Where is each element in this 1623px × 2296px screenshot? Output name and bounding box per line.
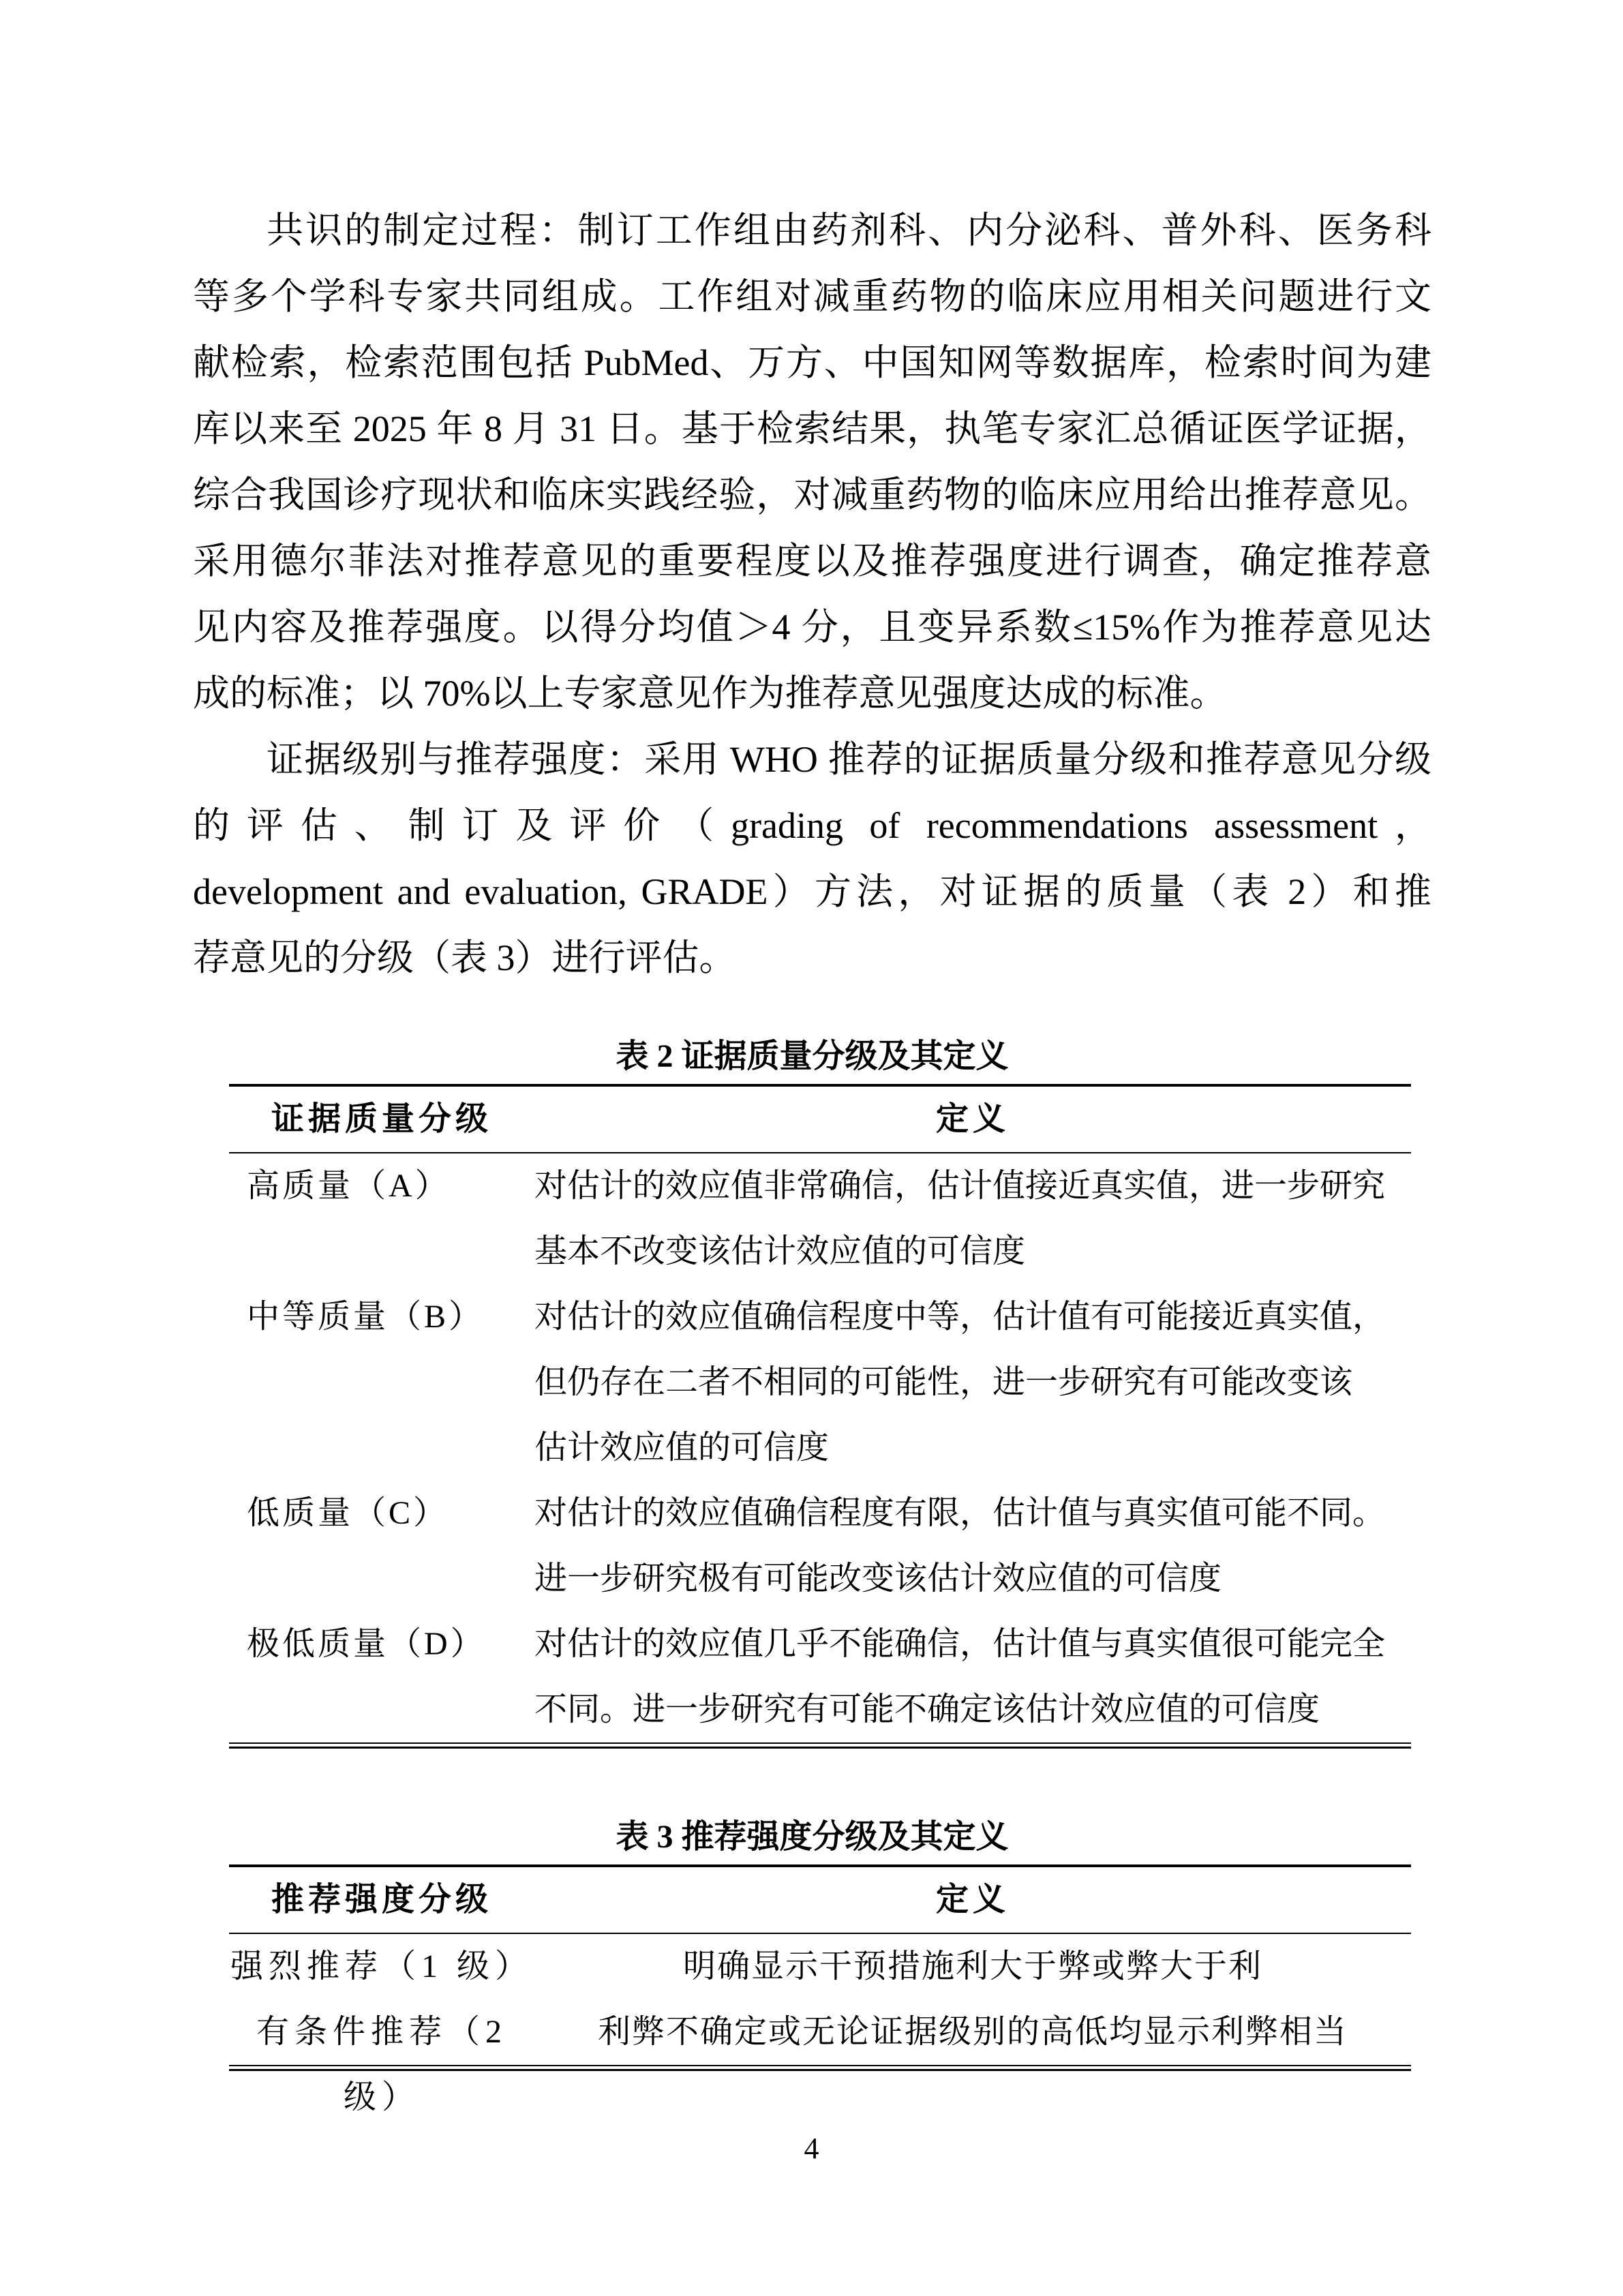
p2-line-4: 荐意见的分级（表 3）进行评估。	[193, 925, 1431, 991]
paragraph-2: 证据级别与推荐强度：采用 WHO 推荐的证据质量分级和推荐意见分级 的评估、制订…	[193, 727, 1431, 991]
p2-line-1: 证据级别与推荐强度：采用 WHO 推荐的证据质量分级和推荐意见分级	[193, 727, 1431, 793]
table2-bottom-rule	[229, 1742, 1411, 1749]
definition-line: 基本不改变该估计效应值的可信度	[534, 1219, 1411, 1284]
definition-line: 但仍存在二者不相同的可能性，进一步研究有可能改变该	[534, 1350, 1411, 1415]
table3-header-row: 推荐强度分级 定义	[229, 1867, 1411, 1934]
p2-line-2: 的评估、制订及评价（grading of recommendations ass…	[193, 793, 1431, 859]
table3-header-definition: 定义	[534, 1867, 1411, 1933]
table2-row-low-quality: 低质量（C） 对估计的效应值确信程度有限，估计值与真实值可能不同。 进一步研究极…	[229, 1481, 1411, 1612]
p1-line-5: 综合我国诊疗现状和临床实践经验，对减重药物的临床应用给出推荐意见。	[193, 462, 1431, 528]
table3-title: 表 3 推荐强度分级及其定义	[193, 1810, 1431, 1864]
table2-row-definition: 对估计的效应值非常确信，估计值接近真实值，进一步研究 基本不改变该估计效应值的可…	[534, 1153, 1411, 1284]
definition-line: 对估计的效应值确信程度中等，估计值有可能接近真实值，	[534, 1284, 1411, 1350]
p1-line-7: 见内容及推荐强度。以得分均值＞4 分，且变异系数≤15%作为推荐意见达	[193, 594, 1431, 661]
table2-header-row: 证据质量分级 定义	[229, 1087, 1411, 1153]
definition-line: 不同。进一步研究有可能不确定该估计效应值的可信度	[534, 1677, 1411, 1742]
document-page: 共识的制定过程：制订工作组由药剂科、内分泌科、普外科、医务科 等多个学科专家共同…	[0, 0, 1623, 2296]
p1-line-8: 成的标准；以 70%以上专家意见作为推荐意见强度达成的标准。	[193, 661, 1431, 727]
table2-row-definition: 对估计的效应值确信程度有限，估计值与真实值可能不同。 进一步研究极有可能改变该估…	[534, 1481, 1411, 1612]
table3-row-definition: 利弊不确定或无论证据级别的高低均显示利弊相当	[534, 1999, 1411, 2065]
table2-row-definition: 对估计的效应值几乎不能确信，估计值与真实值很可能完全 不同。进一步研究有可能不确…	[534, 1612, 1411, 1742]
table2-row-high-quality: 高质量（A） 对估计的效应值非常确信，估计值接近真实值，进一步研究 基本不改变该…	[229, 1153, 1411, 1284]
p1-line-6: 采用德尔菲法对推荐意见的重要程度以及推荐强度进行调查，确定推荐意	[193, 528, 1431, 594]
table2-row-grade: 中等质量（B）	[229, 1284, 534, 1481]
p1-line-2: 等多个学科专家共同组成。工作组对减重药物的临床应用相关问题进行文	[193, 264, 1431, 330]
table2-row-definition: 对估计的效应值确信程度中等，估计值有可能接近真实值， 但仍存在二者不相同的可能性…	[534, 1284, 1411, 1481]
table2-row-grade: 高质量（A）	[229, 1153, 534, 1284]
p1-line-3: 献检索，检索范围包括 PubMed、万方、中国知网等数据库，检索时间为建	[193, 330, 1431, 396]
p2-line-3: development and evaluation, GRADE）方法，对证据…	[193, 859, 1431, 925]
paragraph-1: 共识的制定过程：制订工作组由药剂科、内分泌科、普外科、医务科 等多个学科专家共同…	[193, 198, 1431, 727]
p1-line-4: 库以来至 2025 年 8 月 31 日。基于检索结果，执笔专家汇总循证医学证据…	[193, 396, 1431, 462]
table2-row-grade: 低质量（C）	[229, 1481, 534, 1612]
p1-line-1: 共识的制定过程：制订工作组由药剂科、内分泌科、普外科、医务科	[193, 198, 1431, 264]
table3-row-grade: 强烈推荐（1 级）	[229, 1934, 534, 1999]
table2: 证据质量分级 定义 高质量（A） 对估计的效应值非常确信，估计值接近真实值，进一…	[229, 1084, 1411, 1749]
table2-header-definition: 定义	[534, 1087, 1411, 1152]
table2-header-grade: 证据质量分级	[229, 1087, 534, 1152]
definition-line: 对估计的效应值非常确信，估计值接近真实值，进一步研究	[534, 1153, 1411, 1219]
definition-line: 对估计的效应值几乎不能确信，估计值与真实值很可能完全	[534, 1612, 1411, 1677]
page-number: 4	[0, 2128, 1623, 2169]
table2-row-very-low-quality: 极低质量（D） 对估计的效应值几乎不能确信，估计值与真实值很可能完全 不同。进一…	[229, 1612, 1411, 1742]
definition-line: 估计效应值的可信度	[534, 1415, 1411, 1481]
table2-title: 表 2 证据质量分级及其定义	[193, 1029, 1431, 1084]
table3-row-conditional: 有条件推荐（2 级） 利弊不确定或无论证据级别的高低均显示利弊相当	[229, 1999, 1411, 2065]
document-content: 共识的制定过程：制订工作组由药剂科、内分泌科、普外科、医务科 等多个学科专家共同…	[193, 198, 1431, 2071]
definition-line: 进一步研究极有可能改变该估计效应值的可信度	[534, 1546, 1411, 1612]
table3: 推荐强度分级 定义 强烈推荐（1 级） 明确显示干预措施利大于弊或弊大于利 有条…	[229, 1864, 1411, 2071]
table3-row-grade: 有条件推荐（2 级）	[229, 1999, 534, 2065]
definition-line: 对估计的效应值确信程度有限，估计值与真实值可能不同。	[534, 1481, 1411, 1546]
table3-row-definition: 明确显示干预措施利大于弊或弊大于利	[534, 1934, 1411, 1999]
table2-row-grade: 极低质量（D）	[229, 1612, 534, 1742]
table3-header-grade: 推荐强度分级	[229, 1867, 534, 1933]
table3-row-strong: 强烈推荐（1 级） 明确显示干预措施利大于弊或弊大于利	[229, 1934, 1411, 1999]
table2-row-moderate-quality: 中等质量（B） 对估计的效应值确信程度中等，估计值有可能接近真实值， 但仍存在二…	[229, 1284, 1411, 1481]
